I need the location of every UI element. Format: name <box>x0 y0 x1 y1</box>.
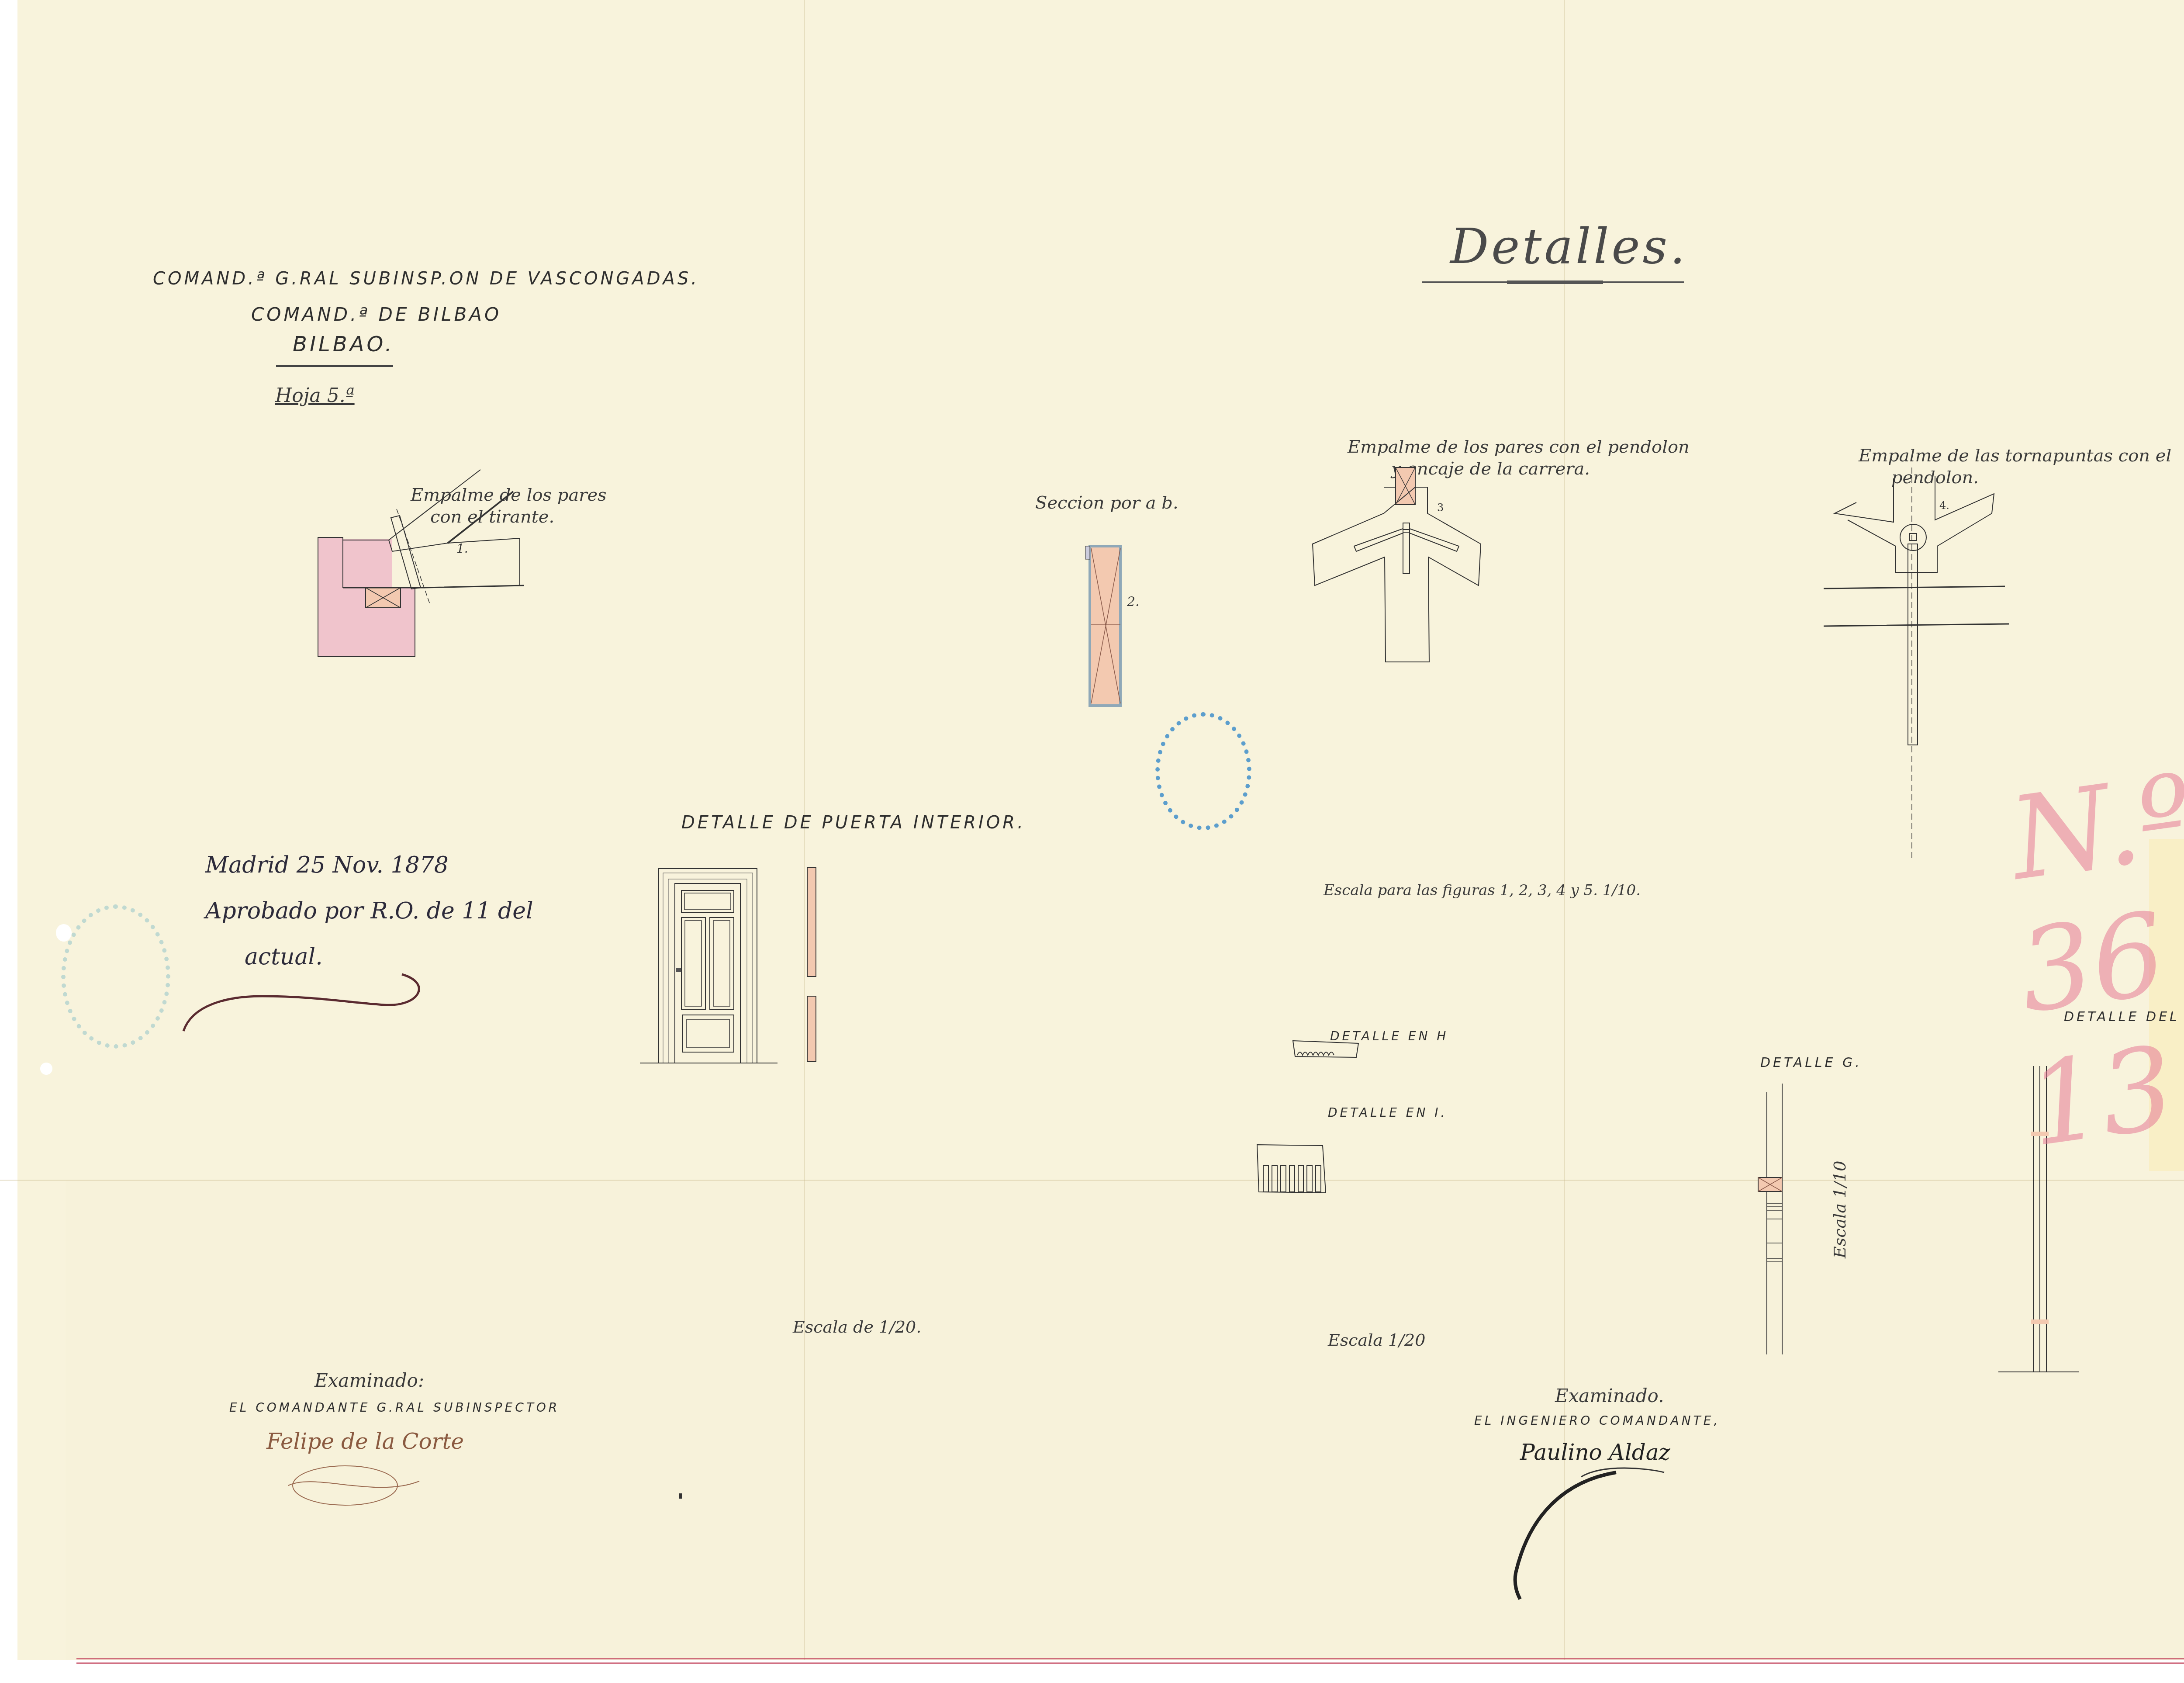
svg-text:1.: 1. <box>456 541 468 556</box>
header-line-3: BILBAO. <box>293 332 394 357</box>
sig-subinspector-role: EL COMANDANTE G.RAL SUBINSPECTOR <box>229 1400 560 1415</box>
svg-text:4.: 4. <box>1939 499 1949 512</box>
header-line-1: COMAND.ª G.RAL SUBINSP.ON DE VASCONGADAS… <box>153 269 699 289</box>
door-elevation <box>633 852 1114 1333</box>
fig2-caption: Seccion por a b. <box>1035 493 1178 513</box>
punch-hole <box>40 1063 52 1075</box>
detail-g-scale: Escala 1/10 <box>1830 1161 1849 1258</box>
fig2-number: 2. <box>1127 594 1140 609</box>
fig2-section-ab <box>1083 533 1171 751</box>
scale-note-figures: Escala para las figuras 1, 2, 3, 4 y 5. … <box>1324 882 1641 899</box>
sig-subinspector-name: Felipe de la Corte <box>266 1429 464 1454</box>
sig-ingeniero-flourish <box>1503 1455 1677 1630</box>
svg-text:3: 3 <box>1437 502 1444 514</box>
detail-i-title: DETALLE EN I. <box>1328 1105 1447 1120</box>
sig-subinspector-heading: Examinado: <box>314 1370 424 1391</box>
selvage-line <box>76 1662 2184 1664</box>
sig-subinspector-flourish <box>280 1455 454 1520</box>
detail-i-scale: Escala 1/20 <box>1328 1330 1425 1350</box>
fig3-pendolon-joint: 3 <box>1289 428 1682 821</box>
approval-note-2: Aprobado por R.O. de 11 del <box>205 898 533 924</box>
drawing-sheet-lower-panel <box>66 1180 2184 1660</box>
fig1-rafter-tie-joint: 1. <box>306 459 874 830</box>
header-rule <box>276 365 393 367</box>
sig-ingeniero-heading: Examinado. <box>1555 1385 1664 1406</box>
detail-g-profile <box>1743 1070 1830 1315</box>
faded-stamp <box>61 904 170 1049</box>
ink-dot <box>679 1493 682 1499</box>
approval-note-1: Madrid 25 Nov. 1878 <box>205 852 449 878</box>
approval-flourish <box>175 952 480 1040</box>
header-line-2: COMAND.ª DE BILBAO <box>251 304 501 325</box>
page-title: Detalles. <box>1450 218 1688 274</box>
sheet-number: Hoja 5.ª <box>275 384 355 407</box>
door-scale: Escala de 1/20. <box>793 1317 921 1337</box>
detail-g-title: DETALLE G. <box>1760 1055 1862 1070</box>
selvage-line <box>76 1658 2184 1659</box>
detail-h-profile <box>1284 1035 1415 1062</box>
sig-ingeniero-role: EL INGENIERO COMANDANTE, <box>1474 1413 1720 1428</box>
door-detail-title: DETALLE DE PUERTA INTERIOR. <box>681 813 1026 833</box>
title-underline-bold <box>1507 280 1603 284</box>
detail-i-profile <box>1249 1136 1380 1197</box>
